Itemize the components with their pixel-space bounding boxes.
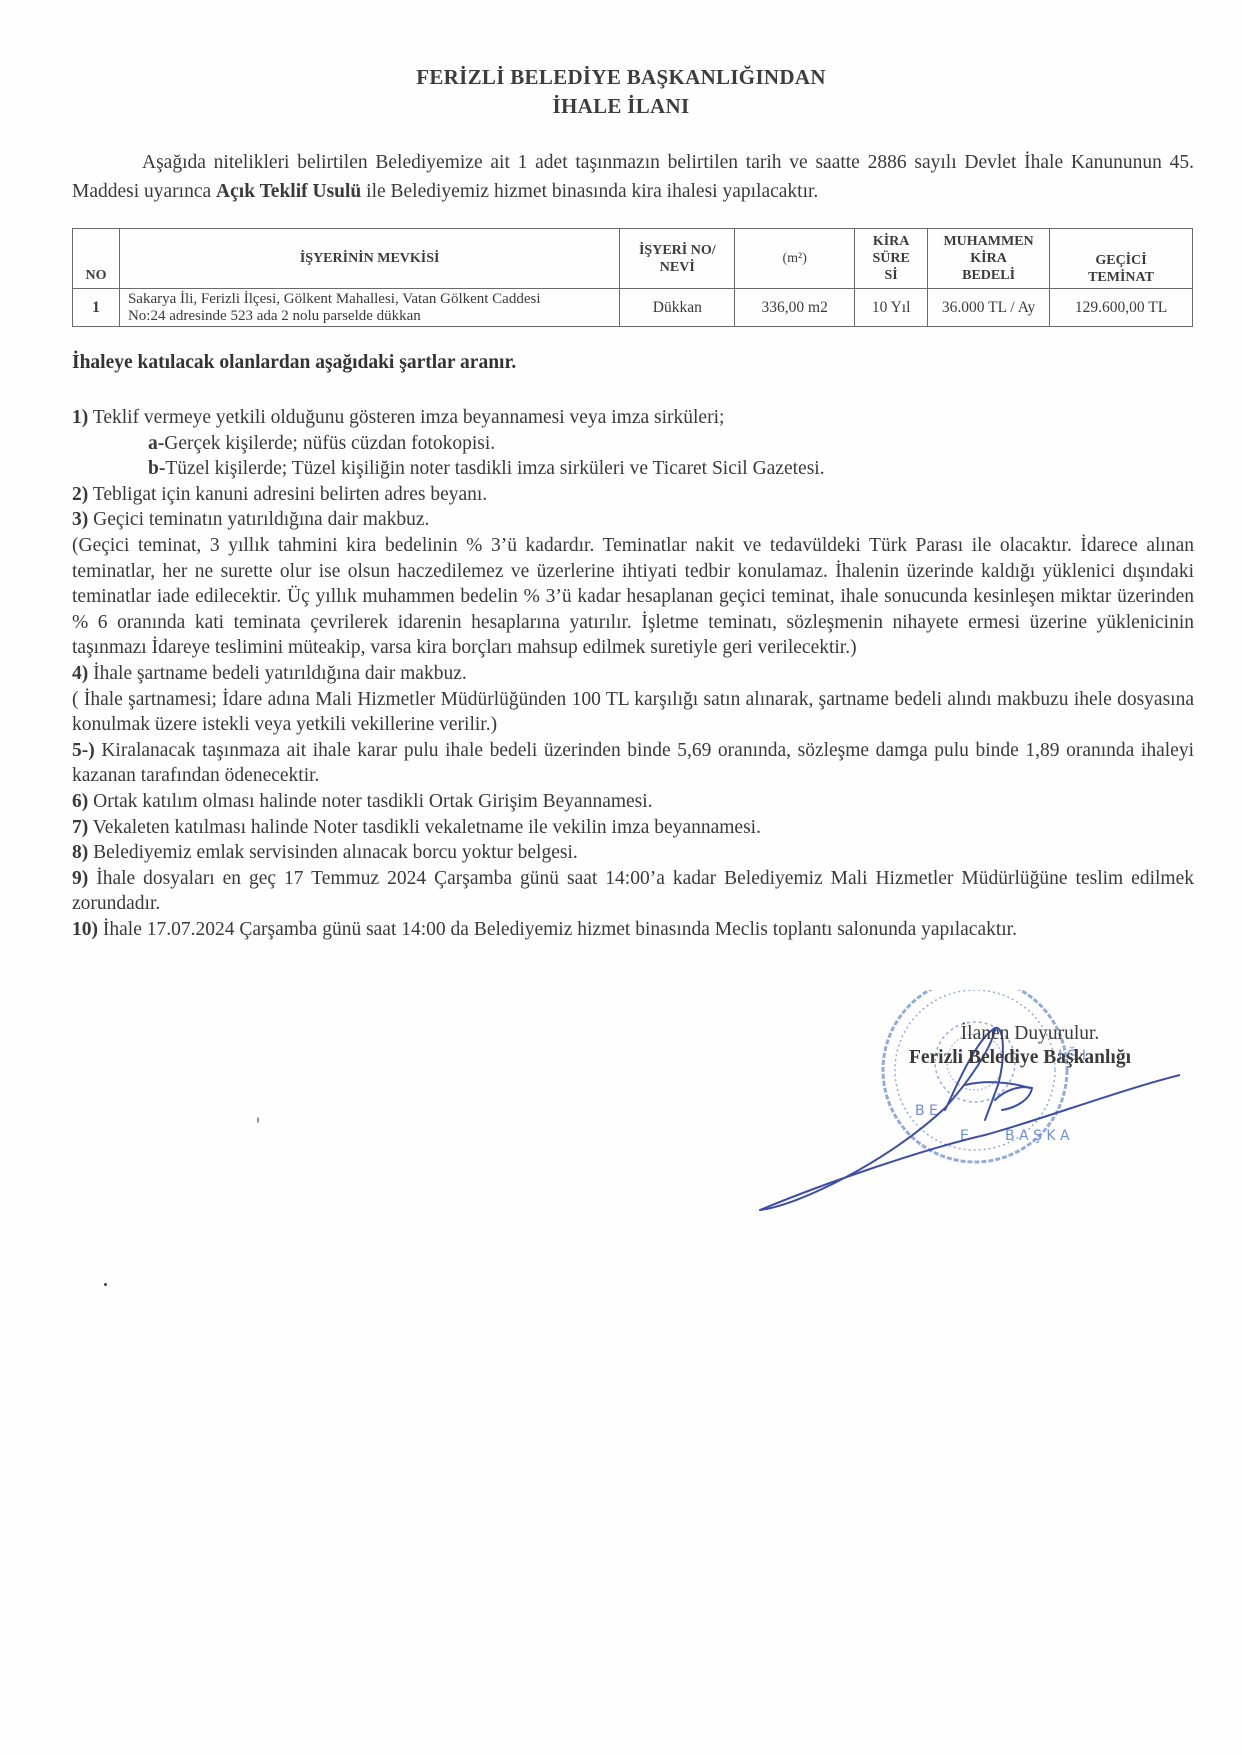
condition-item: 9) İhale dosyaları en geç 17 Temmuz 2024…	[72, 866, 1194, 917]
condition-text: Belediyemiz emlak servisinden alınacak b…	[88, 842, 578, 863]
condition-text: Ortak katılım olması halinde noter tasdi…	[88, 791, 652, 812]
condition-text: Gerçek kişilerde; nüfüs cüzdan fotokopis…	[164, 433, 495, 454]
condition-number: 10)	[72, 919, 98, 940]
condition-number: 6)	[72, 791, 88, 812]
tender-table: NO İŞYERİNİN MEVKİSİ İŞYERİ NO/NEVİ (m²)…	[72, 228, 1193, 327]
condition-item: 10) İhale 17.07.2024 Çarşamba günü saat …	[72, 917, 1194, 943]
table-row: 1 Sakarya İli, Ferizli İlçesi, Gölkent M…	[73, 289, 1193, 327]
condition-item: ( İhale şartnamesi; İdare adına Mali Hiz…	[72, 687, 1194, 738]
condition-text: Kiralanacak taşınmaza ait ihale karar pu…	[72, 740, 1194, 787]
condition-text: Teklif vermeye yetkili olduğunu gösteren…	[88, 407, 724, 428]
conditions-heading: İhaleye katılacak olanlardan aşağıdaki ş…	[72, 352, 516, 374]
condition-text: Geçici teminatın yatırıldığına dair makb…	[88, 509, 429, 530]
signature-block: İlanen Duyurulur. Ferizli Belediye Başka…	[860, 1023, 1180, 1069]
signatory-institution: Ferizli Belediye Başkanlığı	[860, 1047, 1180, 1069]
table-header-row: NO İŞYERİNİN MEVKİSİ İŞYERİ NO/NEVİ (m²)…	[73, 229, 1193, 289]
condition-item: 7) Vekaleten katılması halinde Noter tas…	[72, 815, 1194, 841]
stamp-icon: B E E B A Ş K A I Ğ I	[883, 990, 1086, 1162]
header-no: NO	[73, 229, 120, 289]
condition-text: İhale 17.07.2024 Çarşamba günü saat 14:0…	[98, 919, 1017, 940]
condition-number: 1)	[72, 407, 88, 428]
condition-item: 4) İhale şartname bedeli yatırıldığına d…	[72, 661, 1194, 687]
header-teminat: GEÇİCİTEMİNAT	[1050, 229, 1193, 289]
cell-bedel: 36.000 TL / Ay	[928, 289, 1050, 327]
condition-number: 5-)	[72, 740, 95, 761]
header-m2: (m²)	[735, 229, 855, 289]
condition-text: ( İhale şartnamesi; İdare adına Mali Hiz…	[72, 689, 1194, 736]
condition-number: 9)	[72, 868, 88, 889]
condition-item: 2) Tebligat için kanuni adresini belirte…	[72, 482, 1194, 508]
condition-item: a-Gerçek kişilerde; nüfüs cüzdan fotokop…	[72, 431, 1194, 457]
document-page: FERİZLİ BELEDİYE BAŞKANLIĞINDAN İHALE İL…	[0, 0, 1242, 1755]
condition-number: 3)	[72, 509, 88, 530]
scan-speck	[104, 1283, 107, 1286]
title-announcement: İHALE İLANI	[0, 94, 1242, 119]
announcement-closing: İlanen Duyurulur.	[880, 1023, 1180, 1045]
condition-item: 6) Ortak katılım olması halinde noter ta…	[72, 789, 1194, 815]
intro-text-2: ile Belediyemiz hizmet binasında kira ih…	[361, 181, 818, 202]
condition-text: Tebligat için kanuni adresini belirten a…	[88, 484, 487, 505]
cell-no: 1	[73, 289, 120, 327]
condition-text: İhale dosyaları en geç 17 Temmuz 2024 Ça…	[72, 868, 1194, 915]
header-bedel: MUHAMMENKİRABEDELİ	[928, 229, 1050, 289]
condition-number: 8)	[72, 842, 88, 863]
conditions-list: 1) Teklif vermeye yetkili olduğunu göste…	[72, 405, 1194, 942]
cell-sure: 10 Yıl	[855, 289, 928, 327]
condition-item: b-Tüzel kişilerde; Tüzel kişiliğin noter…	[72, 456, 1194, 482]
condition-item: 5-) Kiralanacak taşınmaza ait ihale kara…	[72, 738, 1194, 789]
condition-text: Tüzel kişilerde; Tüzel kişiliğin noter t…	[165, 458, 824, 479]
header-mevki: İŞYERİNİN MEVKİSİ	[119, 229, 619, 289]
cell-nevi: Dükkan	[620, 289, 735, 327]
condition-item: 3) Geçici teminatın yatırıldığına dair m…	[72, 507, 1194, 533]
condition-number: 2)	[72, 484, 88, 505]
condition-number: 7)	[72, 817, 88, 838]
cell-teminat: 129.600,00 TL	[1050, 289, 1193, 327]
condition-item: 1) Teklif vermeye yetkili olduğunu göste…	[72, 405, 1194, 431]
condition-number: a-	[148, 433, 164, 454]
condition-number: b-	[148, 458, 165, 479]
header-sure: KİRASÜRESİ	[855, 229, 928, 289]
scan-speck	[257, 1117, 259, 1123]
intro-paragraph: Aşağıda nitelikleri belirtilen Belediyem…	[72, 148, 1194, 206]
header-nevi: İŞYERİ NO/NEVİ	[620, 229, 735, 289]
svg-text:B A Ş K A: B A Ş K A	[1005, 1128, 1070, 1144]
title-municipality: FERİZLİ BELEDİYE BAŞKANLIĞINDAN	[0, 65, 1242, 90]
condition-text: Vekaleten katılması halinde Noter tasdik…	[88, 817, 761, 838]
condition-number: 4)	[72, 663, 88, 684]
intro-bold: Açık Teklif Usulü	[216, 181, 361, 202]
condition-item: 8) Belediyemiz emlak servisinden alınaca…	[72, 840, 1194, 866]
condition-text: İhale şartname bedeli yatırıldığına dair…	[88, 663, 466, 684]
condition-text: (Geçici teminat, 3 yıllık tahmini kira b…	[72, 535, 1194, 658]
condition-item: (Geçici teminat, 3 yıllık tahmini kira b…	[72, 533, 1194, 661]
cell-m2: 336,00 m2	[735, 289, 855, 327]
cell-mevki: Sakarya İli, Ferizli İlçesi, Gölkent Mah…	[119, 289, 619, 327]
